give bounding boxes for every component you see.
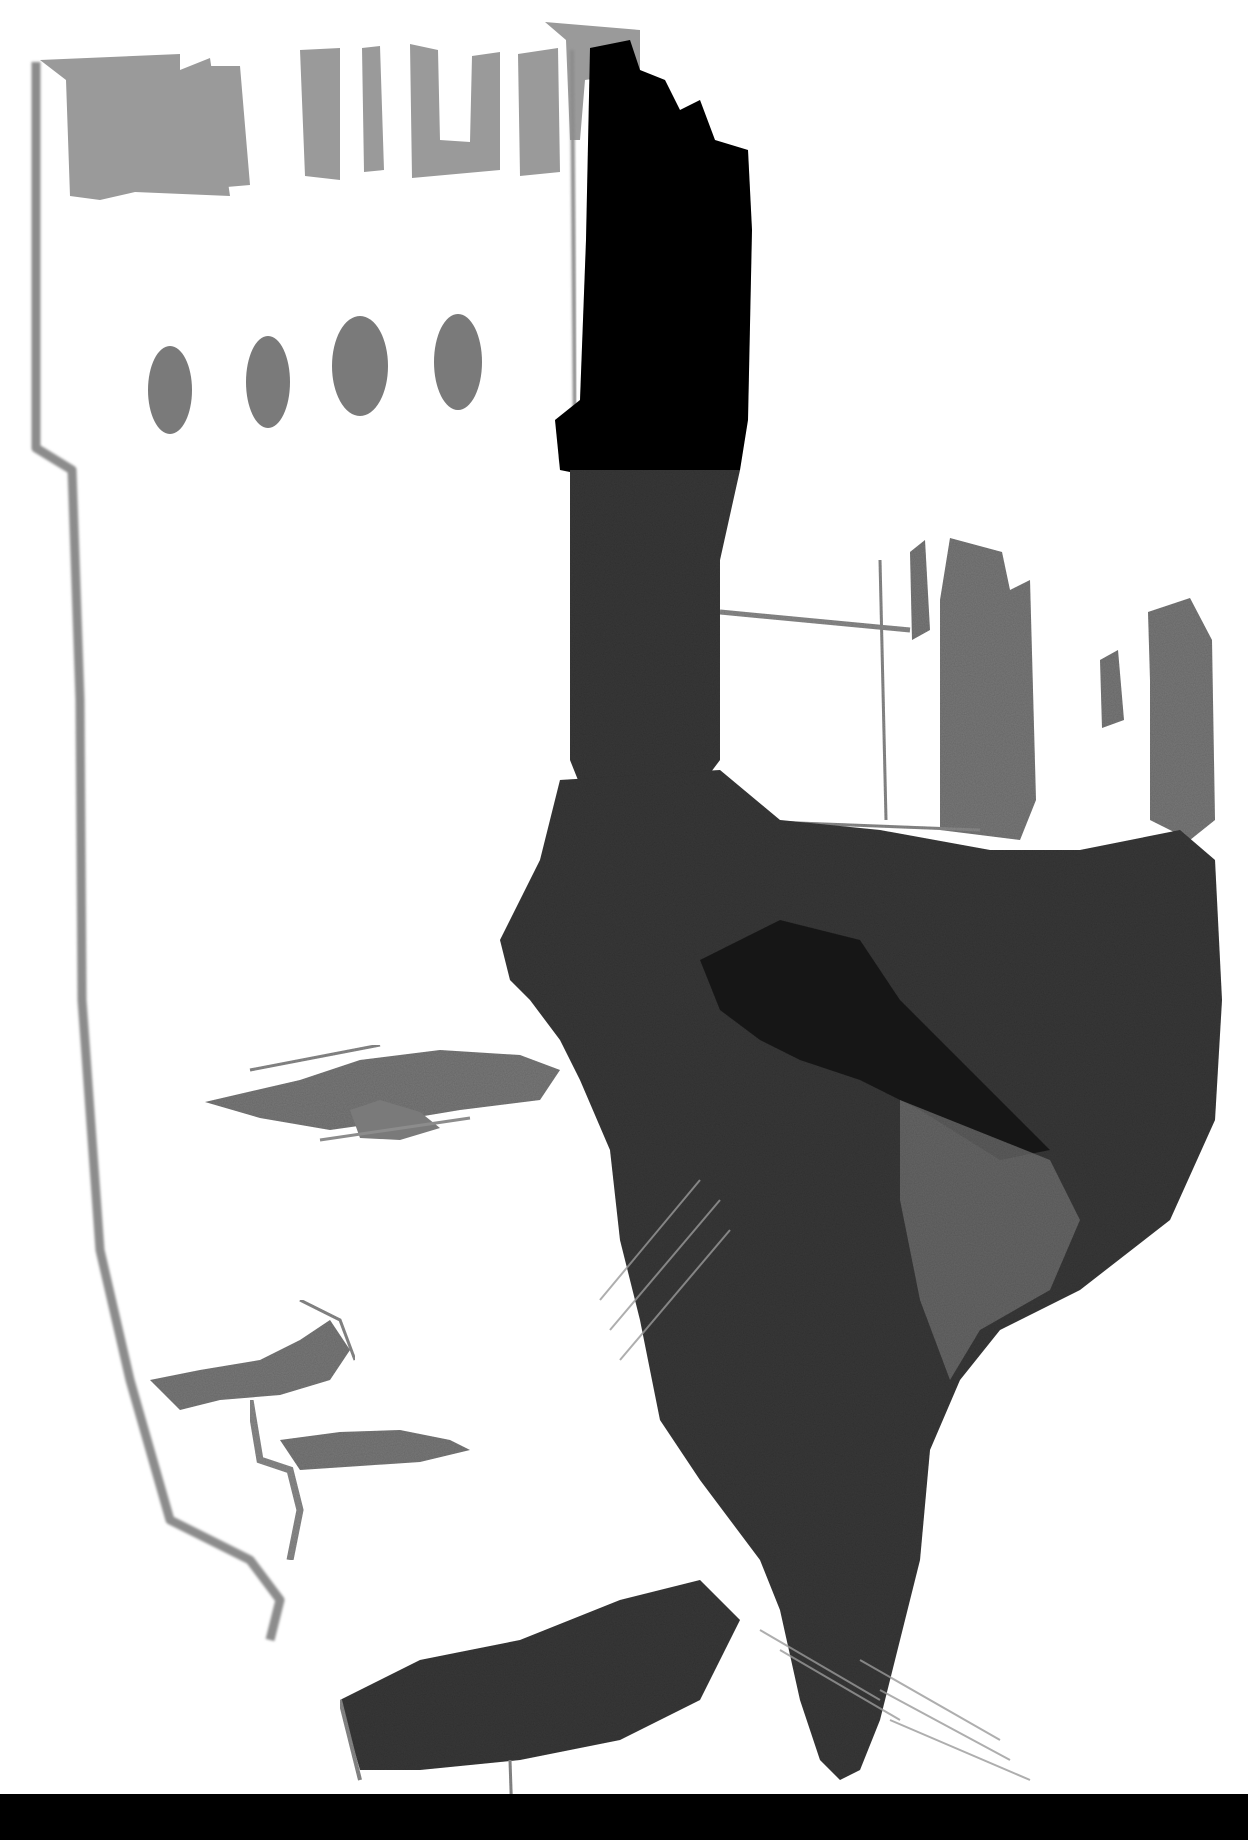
dark-tower	[555, 40, 752, 820]
chin	[340, 1580, 740, 1820]
lips	[250, 1400, 470, 1560]
ink-illustration	[0, 0, 1248, 1840]
tower-windows	[148, 314, 482, 434]
nose	[150, 1300, 355, 1410]
bottom-black-bar	[0, 1794, 1248, 1840]
rear-battlements	[720, 538, 1215, 840]
